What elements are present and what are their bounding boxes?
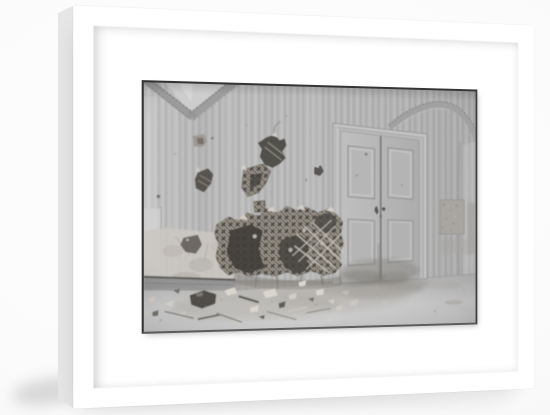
photo-scene-svg [144, 82, 476, 332]
scene [0, 0, 550, 415]
photograph [142, 80, 478, 334]
photo-grain [144, 82, 476, 332]
mat-board [94, 26, 518, 388]
picture-frame [73, 5, 534, 408]
